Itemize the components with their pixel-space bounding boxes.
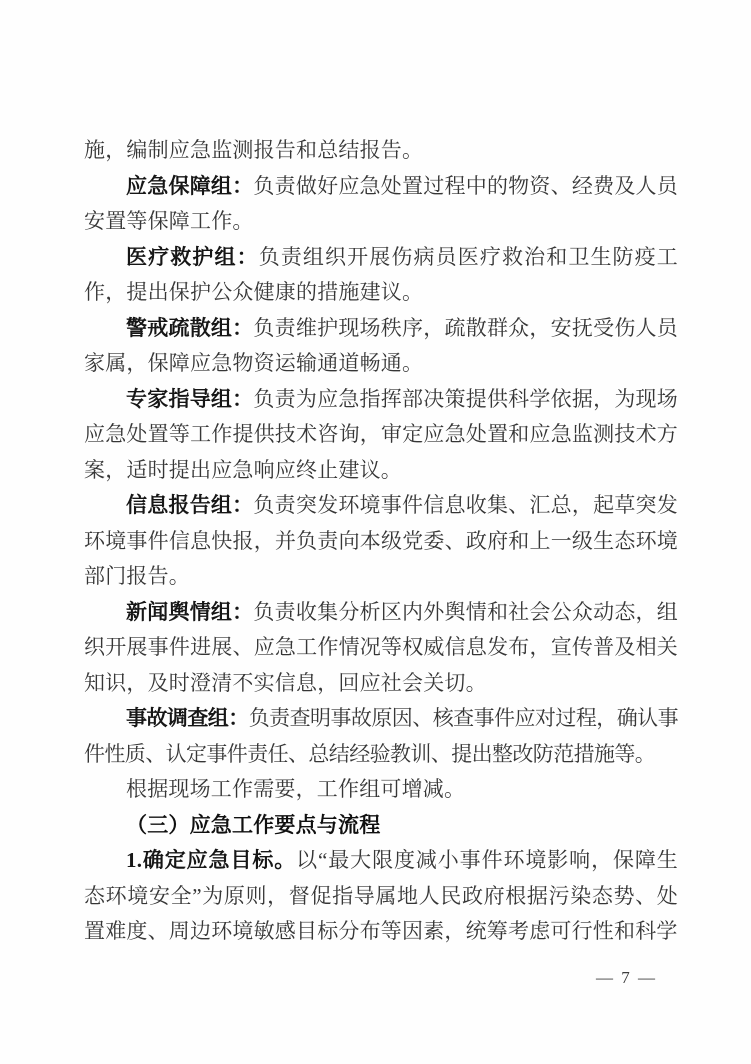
paragraph-lead: 应急保障组： — [126, 174, 253, 198]
paragraph: 新闻舆情组：负责收集分析区内外舆情和社会公众动态，组织开展事件进展、应急工作情况… — [84, 595, 678, 702]
paragraph-lead: 事故调查组： — [126, 706, 249, 730]
paragraph-lead: 专家指导组： — [126, 387, 253, 411]
paragraph: 事故调查组：负责查明事故原因、核查事件应对过程，确认事件性质、认定事件责任、总结… — [84, 701, 678, 772]
document-body: 施，编制应急监测报告和总结报告。 应急保障组：负责做好应急处置过程中的物资、经费… — [84, 133, 678, 950]
paragraph: 专家指导组：负责为应急指挥部决策提供科学依据，为现场应急处置等工作提供技术咨询，… — [84, 382, 678, 489]
paragraph-lead: 医疗救护组： — [126, 245, 259, 269]
paragraph-text: 根据现场工作需要，工作组可增减。 — [126, 777, 465, 801]
paragraph: 根据现场工作需要，工作组可增减。 — [84, 772, 678, 808]
paragraph-text: 施，编制应急监测报告和总结报告。 — [84, 138, 423, 162]
paragraph: 医疗救护组：负责组织开展伤病员医疗救治和卫生防疫工作，提出保护公众健康的措施建议… — [84, 240, 678, 311]
paragraph-lead: 新闻舆情组： — [126, 600, 253, 624]
paragraph: 施，编制应急监测报告和总结报告。 — [84, 133, 678, 169]
paragraph-lead: 信息报告组： — [126, 493, 253, 517]
paragraph: 1.确定应急目标。以“最大限度减小事件环境影响，保障生态环境安全”为原则，督促指… — [84, 843, 678, 950]
section-heading: （三）应急工作要点与流程 — [84, 808, 678, 844]
paragraph: 警戒疏散组：负责维护现场秩序，疏散群众，安抚受伤人员家属，保障应急物资运输通道畅… — [84, 311, 678, 382]
paragraph: 应急保障组：负责做好应急处置过程中的物资、经费及人员安置等保障工作。 — [84, 169, 678, 240]
page-number: — 7 — — [596, 968, 686, 988]
paragraph-lead: 警戒疏散组： — [126, 316, 253, 340]
paragraph: 信息报告组：负责突发环境事件信息收集、汇总，起草突发环境事件信息快报，并负责向本… — [84, 488, 678, 595]
document-page: 施，编制应急监测报告和总结报告。 应急保障组：负责做好应急处置过程中的物资、经费… — [0, 0, 751, 1064]
paragraph-lead: 1.确定应急目标。 — [126, 848, 296, 872]
section-heading-text: （三）应急工作要点与流程 — [126, 813, 380, 837]
